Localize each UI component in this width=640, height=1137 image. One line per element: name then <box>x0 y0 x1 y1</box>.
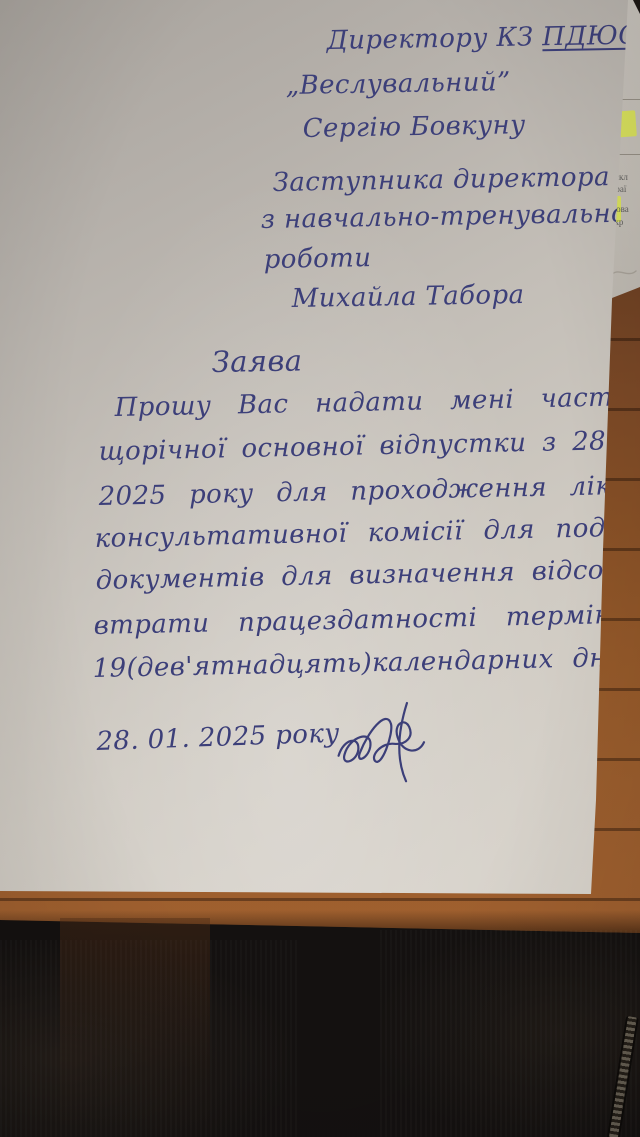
body-line: щорічної основної відпустки з 28 січня <box>98 424 640 467</box>
body-line: Прошу Вас надати мені частину <box>114 382 640 423</box>
body-line: 19(дев'ятнадцять)календарних днів. <box>92 643 640 684</box>
document-title: Заява <box>211 343 302 379</box>
date-line: 28. 01. 2025 року <box>96 719 340 757</box>
addressee-text: Директору КЗ <box>326 22 533 56</box>
body-line: консультативної комісії для подання <box>94 512 640 554</box>
addressee-line: Сергію Бовкуну <box>302 110 525 144</box>
photo-of-handwritten-application: ≡ скл краї хова окр Директору КЗ ПДЮСШ „… <box>0 0 640 1137</box>
addressee-line: Директору КЗ ПДЮСШ <box>326 20 640 56</box>
sender-line: роботи <box>263 243 371 275</box>
body-line: втрати працездатності терміном <box>93 599 640 641</box>
addressee-line: „Веслувальний” <box>285 67 511 101</box>
dark-fabric-left <box>0 940 300 1137</box>
sender-line: Заступника директора <box>272 162 610 198</box>
sender-line: з навчально-тренувальної <box>260 198 636 235</box>
body-line: документів для визначення відсотку <box>95 554 640 596</box>
sender-line: Михайла Табора <box>291 280 524 314</box>
organization-abbreviation: ПДЮСШ <box>542 20 640 52</box>
dark-fabric-right <box>380 930 640 1137</box>
body-line: 2025 року для проходження лікарсько- <box>98 469 640 512</box>
signature <box>328 695 453 791</box>
handwritten-application-sheet: Директору КЗ ПДЮСШ „Веслувальний” Сергію… <box>0 0 640 900</box>
